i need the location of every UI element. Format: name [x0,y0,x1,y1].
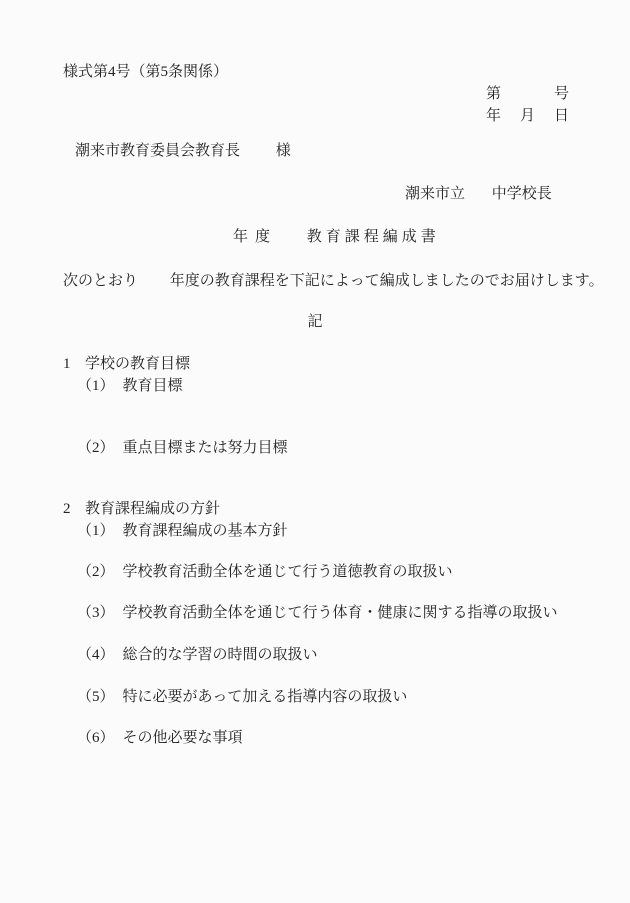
section-2-number: 2 [63,499,85,519]
section-1-heading: 1学校の教育目標 [63,354,190,374]
section-2-item-6: （6）その他必要な事項 [77,728,243,748]
item-label: （6） [77,730,115,746]
section-1-item-1: （1）教育目標 [77,376,183,396]
item-label: （2） [77,440,115,456]
doc-number-suffix: 号 [554,84,569,104]
date-year-label: 年 [486,106,501,126]
item-label: （2） [77,564,115,580]
title-main-part: 教育課程編成書 [307,229,440,245]
document-number-line: 第 号 [486,84,569,104]
title-year-part: 年度 [233,229,277,245]
item-text: 教育課程編成の基本方針 [123,523,288,539]
intro-lead: 次のとおり [63,273,138,289]
document-title: 年度 教育課程編成書 [233,227,440,247]
date-month-label: 月 [520,106,535,126]
date-day-label: 日 [554,106,569,126]
sender-title: 中学校長 [492,186,552,202]
item-text: 学校教育活動全体を通じて行う道徳教育の取扱い [123,564,453,580]
section-2-title: 教育課程編成の方針 [85,501,220,517]
form-number-label: 様式第4号（第5条関係） [63,62,228,82]
intro-sentence: 次のとおり 年度の教育課程を下記によって編成しましたのでお届けします。 [63,271,604,291]
document-page: 様式第4号（第5条関係） 第 号 年 月 日 潮来市教育委員会教育長 様 潮来市… [0,0,630,903]
section-2-item-5: （5）特に必要があって加える指導内容の取扱い [77,687,407,707]
section-1-number: 1 [63,354,85,374]
section-1-item-2: （2）重点目標または努力目標 [77,438,288,458]
doc-number-prefix: 第 [486,84,501,104]
item-text: その他必要な事項 [123,730,243,746]
item-text: 教育目標 [123,378,183,394]
section-2-item-4: （4）総合的な学習の時間の取扱い [77,645,318,665]
section-2-heading: 2教育課程編成の方針 [63,499,220,519]
item-label: （3） [77,605,115,621]
section-1-title: 学校の教育目標 [85,356,190,372]
item-label: （4） [77,647,115,663]
item-text: 学校教育活動全体を通じて行う体育・健康に関する指導の取扱い [123,605,558,621]
section-2-item-3: （3）学校教育活動全体を通じて行う体育・健康に関する指導の取扱い [77,603,558,623]
item-label: （1） [77,378,115,394]
section-2-item-2: （2）学校教育活動全体を通じて行う道徳教育の取扱い [77,562,453,582]
recipient-line: 潮来市教育委員会教育長 様 [75,141,291,161]
record-mark: 記 [0,312,630,332]
item-text: 重点目標または努力目標 [123,440,288,456]
intro-body: 年度の教育課程を下記によって編成しましたのでお届けします。 [170,273,604,289]
item-text: 特に必要があって加える指導内容の取扱い [123,689,408,705]
item-label: （1） [77,523,115,539]
sender-line: 潮来市立 中学校長 [405,184,552,204]
section-2-item-1: （1）教育課程編成の基本方針 [77,521,288,541]
sender-org: 潮来市立 [405,186,465,202]
item-text: 総合的な学習の時間の取扱い [123,647,318,663]
date-line: 年 月 日 [486,106,569,126]
recipient-name: 潮来市教育委員会教育長 [75,143,240,159]
recipient-honorific: 様 [276,143,291,159]
item-label: （5） [77,689,115,705]
